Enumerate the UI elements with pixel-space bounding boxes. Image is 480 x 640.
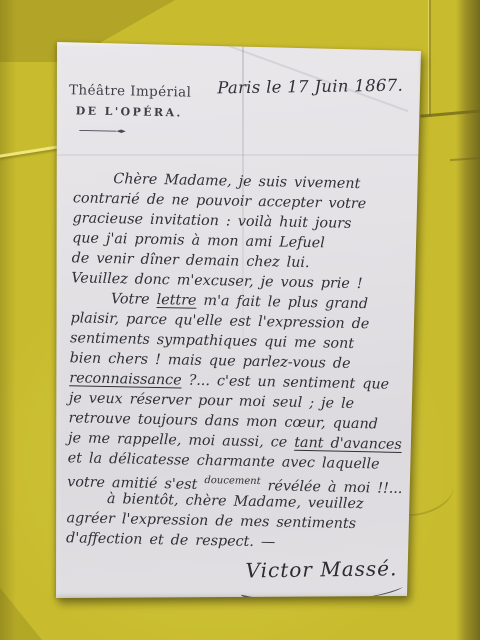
paper-diagonal-crease	[220, 42, 409, 112]
signature: Victor Massé.	[246, 556, 398, 582]
letter-text-segment: lettre	[156, 292, 196, 309]
letter-text-segment: et la délicatesse charmante avec laquell…	[68, 450, 380, 472]
letter-text-segment: que j'ai promis à mon ami Lefuel	[72, 230, 325, 251]
paper-vertical-crease	[242, 42, 244, 342]
letter-line: Veuillez donc m'excuser, je vous prie !	[71, 268, 413, 295]
letter-text-segment: retrouve toujours dans mon cœur, quand	[68, 410, 378, 432]
letter-text-segment: votre amitié s'est	[67, 474, 204, 493]
letter-line: de venir dîner demain chez lui.	[72, 248, 414, 275]
letter-line: bien chers ! mais que parlez-vous de	[70, 348, 412, 375]
letter-line: gracieuse invitation : voilà huit jours	[72, 208, 414, 235]
letter-line: d'affection et de respect. —	[66, 528, 408, 555]
letter-line: et la délicatesse charmante avec laquell…	[68, 448, 410, 475]
photo-of-letter: Théâtre Impérial DE L'OPÉRA. Paris le 17…	[0, 0, 480, 640]
letter-line: je me rappelle, moi aussi, ce tant d'ava…	[68, 428, 410, 455]
letter-text-segment: à bientôt, chère Madame, veuillez	[107, 491, 364, 512]
letter-line: contrarié de ne pouvoir accepter votre	[73, 188, 415, 215]
letter-text-segment: Chère Madame, je suis vivement	[113, 171, 360, 192]
letter-line: Votre lettre m'a fait le plus grand	[71, 288, 413, 315]
letter-text-segment: Votre	[111, 291, 157, 308]
letter-line: votre amitié s'est doucement révélée à m…	[67, 468, 409, 495]
letter-line: je veux réserver pour moi seul ; je le	[69, 388, 411, 415]
letter-text-segment: bien chers ! mais que parlez-vous de	[70, 350, 351, 372]
letter-text-segment: de venir dîner demain chez lui.	[72, 250, 310, 271]
letterhead-divider-flourish	[78, 126, 128, 135]
letter-line: plaisir, parce qu'elle est l'expression …	[70, 308, 412, 335]
paper-horizontal-crease	[56, 154, 422, 156]
letter-line: reconnaissance ?... c'est un sentiment q…	[69, 368, 411, 395]
letter-line: agréer l'expression de mes sentiments	[66, 508, 408, 535]
letter-line: que j'ai promis à mon ami Lefuel	[72, 228, 414, 255]
letter-text-segment: agréer l'expression de mes sentiments	[66, 510, 356, 532]
letter-text-segment: ?... c'est un sentiment que	[181, 373, 389, 393]
letterhead-title: Théâtre Impérial	[69, 82, 191, 100]
letter-text-segment: plaisir, parce qu'elle est l'expression …	[70, 310, 369, 332]
letter-text-segment: révélée à moi !!...	[260, 478, 402, 497]
letter-line: à bientôt, chère Madame, veuillez	[67, 488, 409, 515]
letter-line: sentiments sympathiques qui me sont	[70, 328, 412, 355]
letter-text-segment: reconnaissance	[69, 370, 182, 388]
letter-text-segment: sentiments sympathiques qui me sont	[70, 330, 354, 352]
letter-paper: Théâtre Impérial DE L'OPÉRA. Paris le 17…	[56, 42, 422, 599]
dateline: Paris le 17 Juin 1867.	[217, 76, 403, 98]
paper-shadow-wrap: Théâtre Impérial DE L'OPÉRA. Paris le 17…	[0, 0, 480, 640]
letter-text-segment: doucement	[204, 475, 260, 487]
letter-text-segment: je me rappelle, moi aussi, ce	[68, 430, 294, 451]
letterhead-subtitle: DE L'OPÉRA.	[76, 104, 191, 119]
signature-flourish	[237, 580, 409, 609]
letter-text-segment: tant d'avances	[294, 435, 402, 453]
letter-text-segment: gracieuse invitation : voilà huit jours	[72, 210, 351, 232]
letter-body: Chère Madame, je suis vivementcontrarié …	[66, 168, 416, 555]
letter-text-segment: je veux réserver pour moi seul ; je le	[69, 390, 354, 412]
letter-content: Théâtre Impérial DE L'OPÉRA. Paris le 17…	[45, 42, 422, 606]
letter-line: retrouve toujours dans mon cœur, quand	[68, 408, 410, 435]
letter-line: Chère Madame, je suis vivement	[73, 168, 415, 195]
letter-text-segment: Veuillez donc m'excuser, je vous prie !	[71, 270, 363, 292]
letterhead: Théâtre Impérial DE L'OPÉRA.	[68, 82, 191, 136]
letter-text-segment: m'a fait le plus grand	[196, 293, 368, 312]
letter-text-segment: contrarié de ne pouvoir accepter votre	[73, 190, 367, 212]
letter-text-segment: d'affection et de respect. —	[66, 530, 275, 550]
